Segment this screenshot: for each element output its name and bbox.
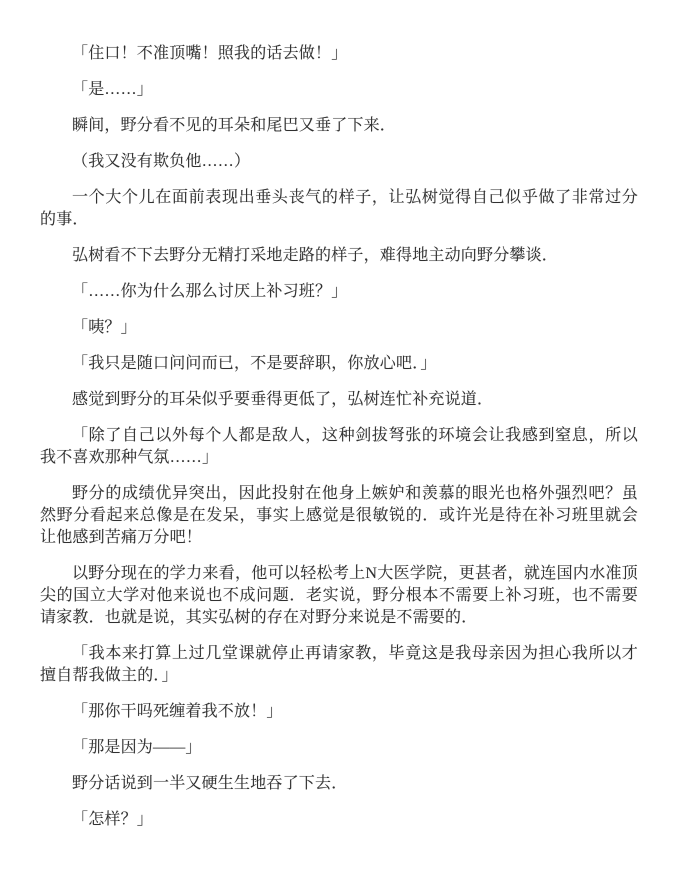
paragraph-dialogue-7: 「我本来打算上过几堂课就停止再请家教，毕竟这是我母亲因为担心我所以才擅自帮我做主… [40, 643, 638, 687]
paragraph-narration-6: 以野分现在的学力来看，他可以轻松考上N大医学院，更甚者，就连国内水准顶尖的国立大… [40, 563, 638, 629]
paragraph-narration-2: 一个大个儿在面前表现出垂头丧气的样子，让弘树觉得自己似乎做了非常过分的事． [40, 187, 638, 231]
paragraph-narration-1: 瞬间，野分看不见的耳朵和尾巴又垂了下来． [40, 115, 638, 137]
paragraph-dialogue-3: 「……你为什么那么讨厌上补习班？」 [40, 281, 638, 303]
paragraph-dialogue-6: 「除了自己以外每个人都是敌人，这种剑拔弩张的环境会让我感到窒息，所以我不喜欢那种… [40, 425, 638, 469]
paragraph-dialogue-2: 「是……」 [40, 79, 638, 101]
paragraph-dialogue-10: 「怎样？」 [40, 809, 638, 831]
paragraph-narration-5: 野分的成绩优异突出，因此投射在他身上嫉妒和羡慕的眼光也格外强烈吧？虽然野分看起来… [40, 483, 638, 549]
paragraph-narration-7: 野分话说到一半又硬生生地吞了下去． [40, 773, 638, 795]
paragraph-dialogue-9: 「那是因为——」 [40, 737, 638, 759]
novel-page: 「住口！不准顶嘴！照我的话去做！」 「是……」 瞬间，野分看不见的耳朵和尾巴又垂… [0, 0, 638, 831]
paragraph-thought-1: （我又没有欺负他……） [40, 151, 638, 173]
paragraph-dialogue-4: 「咦？」 [40, 317, 638, 339]
paragraph-dialogue-5: 「我只是随口问问而已，不是要辞职，你放心吧．」 [40, 353, 638, 375]
paragraph-dialogue-1: 「住口！不准顶嘴！照我的话去做！」 [40, 43, 638, 65]
paragraph-narration-4: 感觉到野分的耳朵似乎要垂得更低了，弘树连忙补充说道． [40, 389, 638, 411]
paragraph-dialogue-8: 「那你干吗死缠着我不放！」 [40, 701, 638, 723]
paragraph-narration-3: 弘树看不下去野分无精打采地走路的样子，难得地主动向野分攀谈． [40, 245, 638, 267]
